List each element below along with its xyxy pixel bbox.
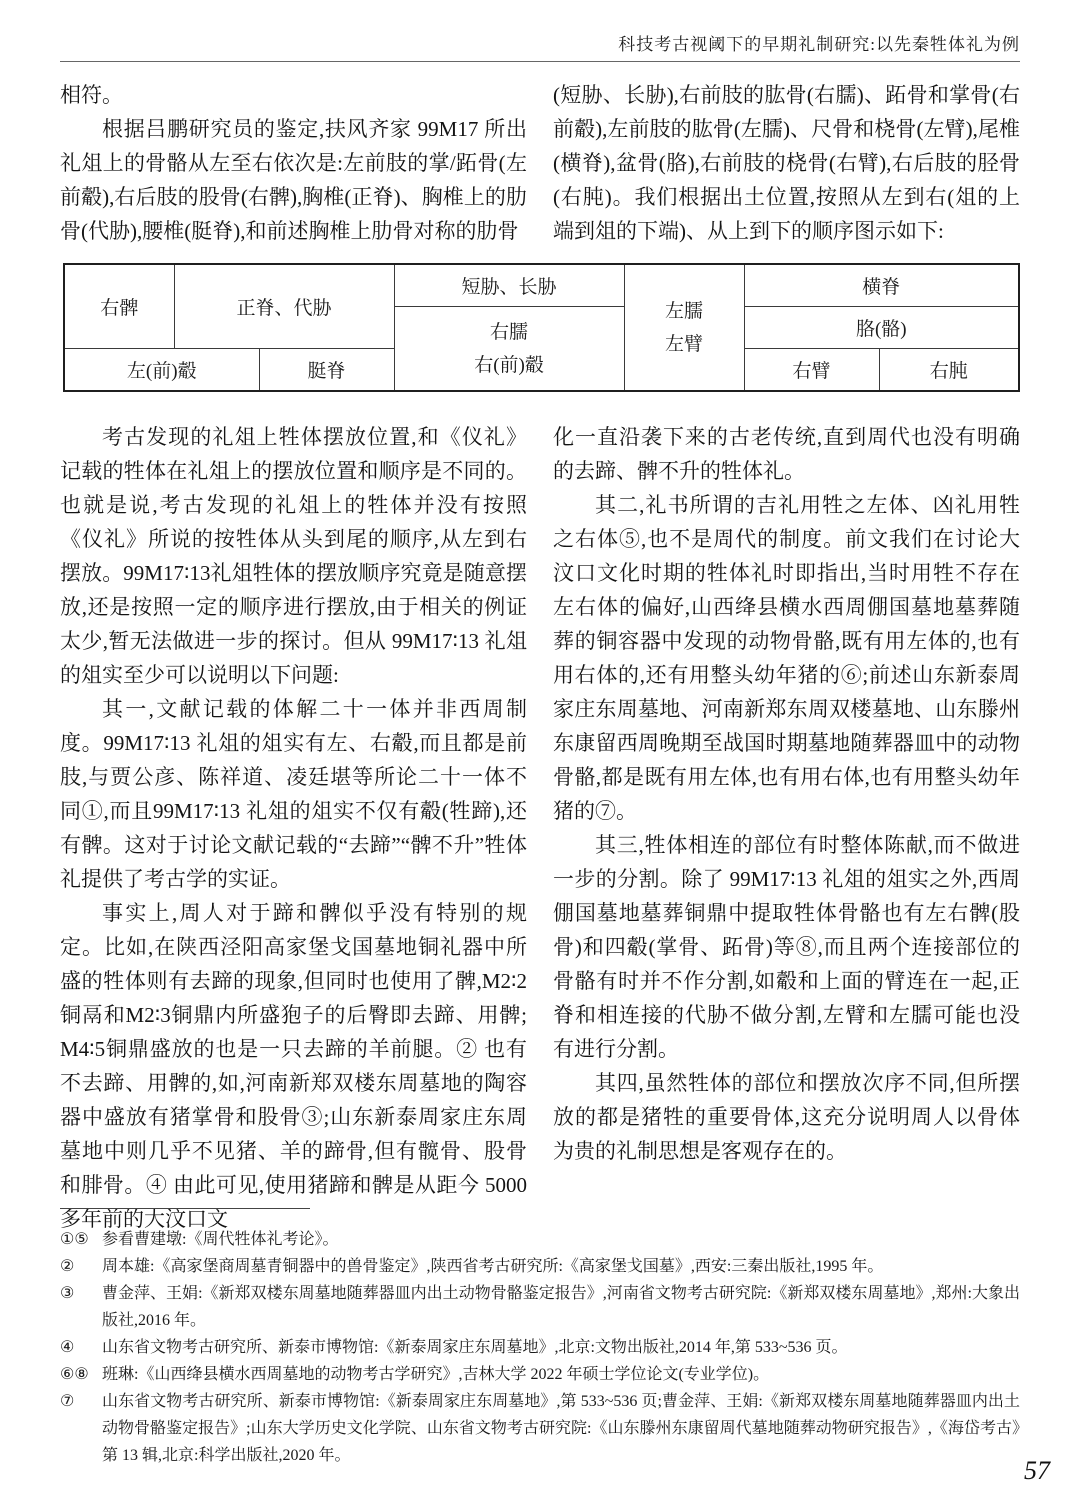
footnote-text: 曹金萍、王娟:《新郑双楼东周墓地随葬器皿内出土动物骨骼鉴定报告》,河南省文物考古… [102,1280,1020,1334]
footnote-marker: ⑥⑧ [60,1361,102,1388]
running-header-title: 科技考古视阈下的早期礼制研究:以先秦牲体礼为例 [618,30,1020,55]
footnote-marker: ①⑤ [60,1226,102,1253]
table-row: 右髀 正脊、代胁 短胁、长胁 左臑 左臂 横脊 [64,264,1019,307]
left-column-top: 相符。 根据吕鹏研究员的鉴定,扶风齐家 99M17 所出礼俎上的骨骼从左至右依次… [60,78,527,248]
footnote: ⑦ 山东省文物考古研究所、新泰市博物馆:《新泰周家庄东周墓地》,第 533~53… [60,1388,1020,1469]
footnote: ② 周本雄:《高家堡商周墓青铜器中的兽骨鉴定》,陕西省考古研究所:《高家堡戈国墓… [60,1253,1020,1280]
table-cell-you-bi: 右髀 [64,264,174,349]
bottom-text-block: 考古发现的礼俎上牲体摆放位置,和《仪礼》记载的牲体在礼俎上的摆放位置和顺序是不同… [60,420,1020,1236]
footnote-text: 山东省文物考古研究所、新泰市博物馆:《新泰周家庄东周墓地》,北京:文物出版社,2… [102,1334,1020,1361]
left-column-bottom: 考古发现的礼俎上牲体摆放位置,和《仪礼》记载的牲体在礼俎上的摆放位置和顺序是不同… [60,420,527,1236]
table-cell-line: 左臂 [625,328,744,361]
table-cell-you-bei: 右臂 [744,349,879,392]
footnote-text: 班琳:《山西绛县横水西周墓地的动物考古学研究》,吉林大学 2022 年硕士学位论… [102,1361,1020,1388]
paragraph: 考古发现的礼俎上牲体摆放位置,和《仪礼》记载的牲体在礼俎上的摆放位置和顺序是不同… [60,420,527,692]
paragraph: (短胁、长胁),右前肢的肱骨(右臑)、跖骨和掌骨(右前觳),左前肢的肱骨(左臑)… [553,78,1020,248]
table-cell-ge-ge: 胳(骼) [744,307,1019,349]
right-column-bottom: 化一直沿袭下来的古老传统,直到周代也没有明确的去蹄、髀不升的牲体礼。 其二,礼书… [553,420,1020,1236]
header-rule [60,61,1020,62]
top-text-block: 相符。 根据吕鹏研究员的鉴定,扶风齐家 99M17 所出礼俎上的骨骼从左至右依次… [60,78,1020,248]
table-cell-you-ru-you-qian-que: 右臑 右(前)觳 [394,307,624,392]
footnotes-block: ①⑤ 参看曹建墩:《周代牲体礼考论》。 ② 周本雄:《高家堡商周墓青铜器中的兽骨… [60,1226,1020,1469]
footnote-marker: ⑦ [60,1388,102,1469]
table-cell-line: 右(前)觳 [395,349,624,382]
page-number: 57 [1024,1456,1050,1486]
table-cell-zheng-ji-dai-xie: 正脊、代胁 [174,264,394,349]
footnote-marker: ③ [60,1280,102,1334]
footnote-marker: ② [60,1253,102,1280]
footnote: ④ 山东省文物考古研究所、新泰市博物馆:《新泰周家庄东周墓地》,北京:文物出版社… [60,1334,1020,1361]
paragraph: 化一直沿袭下来的古老传统,直到周代也没有明确的去蹄、髀不升的牲体礼。 [553,420,1020,488]
table-cell-zuo-qian-que: 左(前)觳 [64,349,259,392]
table-cell-ting-ji: 脡脊 [259,349,394,392]
table-cell-you-tun: 右肫 [879,349,1019,392]
paragraph: 相符。 [60,78,527,112]
footnote: ③ 曹金萍、王娟:《新郑双楼东周墓地随葬器皿内出土动物骨骼鉴定报告》,河南省文物… [60,1280,1020,1334]
table-cell-duan-xie-chang-xie: 短胁、长胁 [394,264,624,307]
table-cell-line: 左臑 [625,295,744,328]
paragraph: 其四,虽然牲体的部位和摆放次序不同,但所摆放的都是猪牲的重要骨体,这充分说明周人… [553,1066,1020,1168]
paper-page: 科技考古视阈下的早期礼制研究:以先秦牲体礼为例 相符。 根据吕鹏研究员的鉴定,扶… [0,0,1080,1510]
footnote: ⑥⑧ 班琳:《山西绛县横水西周墓地的动物考古学研究》,吉林大学 2022 年硕士… [60,1361,1020,1388]
footnote-marker: ④ [60,1334,102,1361]
paragraph: 根据吕鹏研究员的鉴定,扶风齐家 99M17 所出礼俎上的骨骼从左至右依次是:左前… [60,112,527,248]
footnote-text: 参看曹建墩:《周代牲体礼考论》。 [102,1226,1020,1253]
table-cell-heng-ji: 横脊 [744,264,1019,307]
footnote-divider-rule [60,1208,310,1209]
footnote: ①⑤ 参看曹建墩:《周代牲体礼考论》。 [60,1226,1020,1253]
paragraph: 其二,礼书所谓的吉礼用牲之左体、凶礼用牲之右体⑤,也不是周代的制度。前文我们在讨… [553,488,1020,828]
paragraph: 其三,牲体相连的部位有时整体陈献,而不做进一步的分割。除了 99M17∶13 礼… [553,828,1020,1066]
bone-layout-table: 右髀 正脊、代胁 短胁、长胁 左臑 左臂 横脊 右臑 右(前)觳 胳(骼) 左(… [63,263,1020,392]
bone-layout-table-wrap: 右髀 正脊、代胁 短胁、长胁 左臑 左臂 横脊 右臑 右(前)觳 胳(骼) 左(… [63,263,1020,392]
table-cell-zuo-ru-zuo-bei: 左臑 左臂 [624,264,744,391]
right-column-top: (短胁、长胁),右前肢的肱骨(右臑)、跖骨和掌骨(右前觳),左前肢的肱骨(左臑)… [553,78,1020,248]
paragraph: 其一,文献记载的体解二十一体并非西周制度。99M17∶13 礼俎的俎实有左、右觳… [60,692,527,896]
paragraph: 事实上,周人对于蹄和髀似乎没有特别的规定。比如,在陕西泾阳高家堡戈国墓地铜礼器中… [60,896,527,1236]
table-cell-line: 右臑 [395,316,624,349]
footnote-text: 山东省文物考古研究所、新泰市博物馆:《新泰周家庄东周墓地》,第 533~536 … [102,1388,1020,1469]
footnote-text: 周本雄:《高家堡商周墓青铜器中的兽骨鉴定》,陕西省考古研究所:《高家堡戈国墓》,… [102,1253,1020,1280]
